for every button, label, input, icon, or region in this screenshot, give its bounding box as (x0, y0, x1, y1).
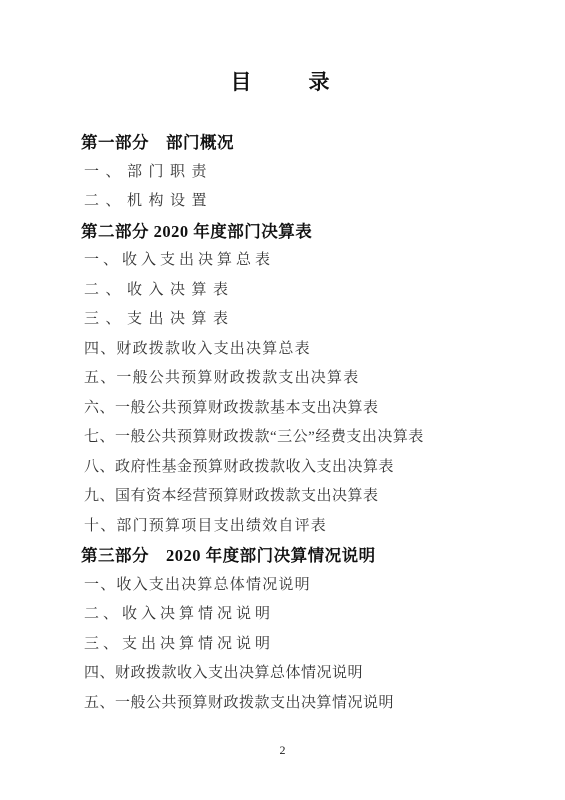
toc-item: 三、支出决算表 (84, 305, 535, 335)
document-page: 目 录 第一部分 部门概况 一、部门职责 二、机构设置 第二部分 2020 年度… (0, 0, 565, 800)
toc-item: 六、一般公共预算财政拨款基本支出决算表 (84, 394, 535, 424)
toc-item: 二、机构设置 (84, 187, 535, 217)
toc-item: 十、部门预算项目支出绩效自评表 (84, 512, 535, 542)
toc-section-heading: 第二部分 2020 年度部门决算表 (81, 217, 535, 247)
toc-item: 二、收入决算表 (84, 276, 535, 306)
toc-section-heading: 第一部分 部门概况 (81, 128, 535, 158)
toc-item: 一、部门职责 (84, 158, 535, 188)
toc-item: 五、一般公共预算财政拨款支出决算表 (84, 364, 535, 394)
page-number: 2 (0, 743, 565, 757)
toc-section-heading: 第三部分 2020 年度部门决算情况说明 (81, 541, 535, 571)
toc-item: 一、收入支出决算总体情况说明 (84, 571, 535, 601)
toc-item: 一、收入支出决算总表 (84, 246, 535, 276)
document-title: 目 录 (0, 71, 565, 95)
toc-item: 九、国有资本经营预算财政拨款支出决算表 (84, 482, 535, 512)
table-of-contents: 第一部分 部门概况 一、部门职责 二、机构设置 第二部分 2020 年度部门决算… (84, 128, 535, 718)
toc-item: 四、财政拨款收入支出决算总表 (84, 335, 535, 365)
toc-item: 七、一般公共预算财政拨款“三公”经费支出决算表 (84, 423, 535, 453)
toc-item: 四、财政拨款收入支出决算总体情况说明 (84, 659, 535, 689)
toc-item: 八、政府性基金预算财政拨款收入支出决算表 (84, 453, 535, 483)
toc-item: 二、收入决算情况说明 (84, 600, 535, 630)
toc-item: 五、一般公共预算财政拨款支出决算情况说明 (84, 689, 535, 719)
toc-item: 三、支出决算情况说明 (84, 630, 535, 660)
